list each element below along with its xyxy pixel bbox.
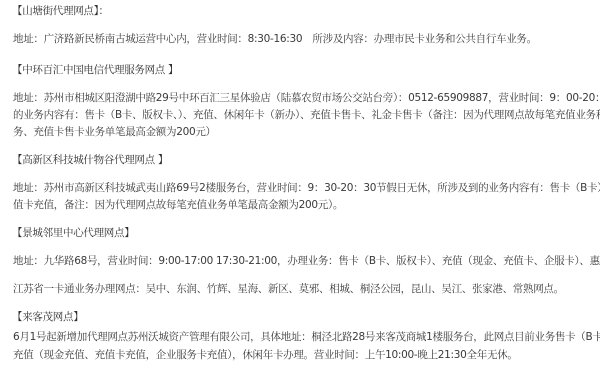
section-text-jingcheng-address: 地址：九华路68号，营业时间：9:00-17:00 17:30-21:00，办理…	[13, 254, 600, 268]
section-heading-gaoxin: 【高新区科技城什物谷代理网点 】	[12, 153, 168, 167]
section-text-zhonghuan-line2: 的业务内容有：售卡（B卡、版权卡、）、充值、休闲年卡（新办）、充值卡售卡、礼金卡…	[13, 108, 600, 122]
section-heading-shantang: 【山塘街代理网点】：	[12, 4, 109, 18]
section-text-shantang-address: 地址：广济路新民桥南古城运营中心内，营业时间：8:30-16:30 所涉及内容：…	[13, 32, 537, 46]
section-text-gaoxin-line2: 值卡充值，备注：因为代理网点故每笔充值业务单笔最高金额为200元）。	[13, 198, 343, 212]
section-heading-laikemao: 【来客茂网点】	[12, 310, 83, 324]
section-heading-zhonghuan: 【中环百汇中国电信代理服务网点 】	[12, 63, 178, 77]
document-body: 【山塘街代理网点】： 地址：广济路新民桥南古城运营中心内，营业时间：8:30-1…	[0, 0, 600, 372]
section-text-laikemao-line1: 6月1号起新增加代理网点苏州沃城资产管理有限公司，具体地址：桐泾北路28号来客茂…	[13, 330, 600, 344]
section-heading-jingcheng: 【景城邻里中心代理网点】	[12, 226, 134, 240]
section-text-zhonghuan-line1: 地址：苏州市相城区阳澄湖中路29号中环百汇三星体验店（陆慕农贸市场公交站台旁）：…	[13, 91, 600, 105]
section-text-jiangsu-outlets: 江苏省一卡通业务办理网点：吴中、东润、竹辉、星海、新区、莫邪、相城、桐泾公园，昆…	[13, 282, 564, 296]
section-text-gaoxin-line1: 地址：苏州市高新区科技城武夷山路69号2楼服务台，营业时间：9：30-20：30…	[13, 181, 600, 195]
section-text-zhonghuan-line3: 务、充值卡售卡业务单笔最高金额为200元）	[13, 125, 216, 139]
section-text-laikemao-line2: 充值（现金充值、充值卡充值，企业服务卡充值），休闲年卡办理。营业时间：上午10:…	[13, 348, 518, 362]
